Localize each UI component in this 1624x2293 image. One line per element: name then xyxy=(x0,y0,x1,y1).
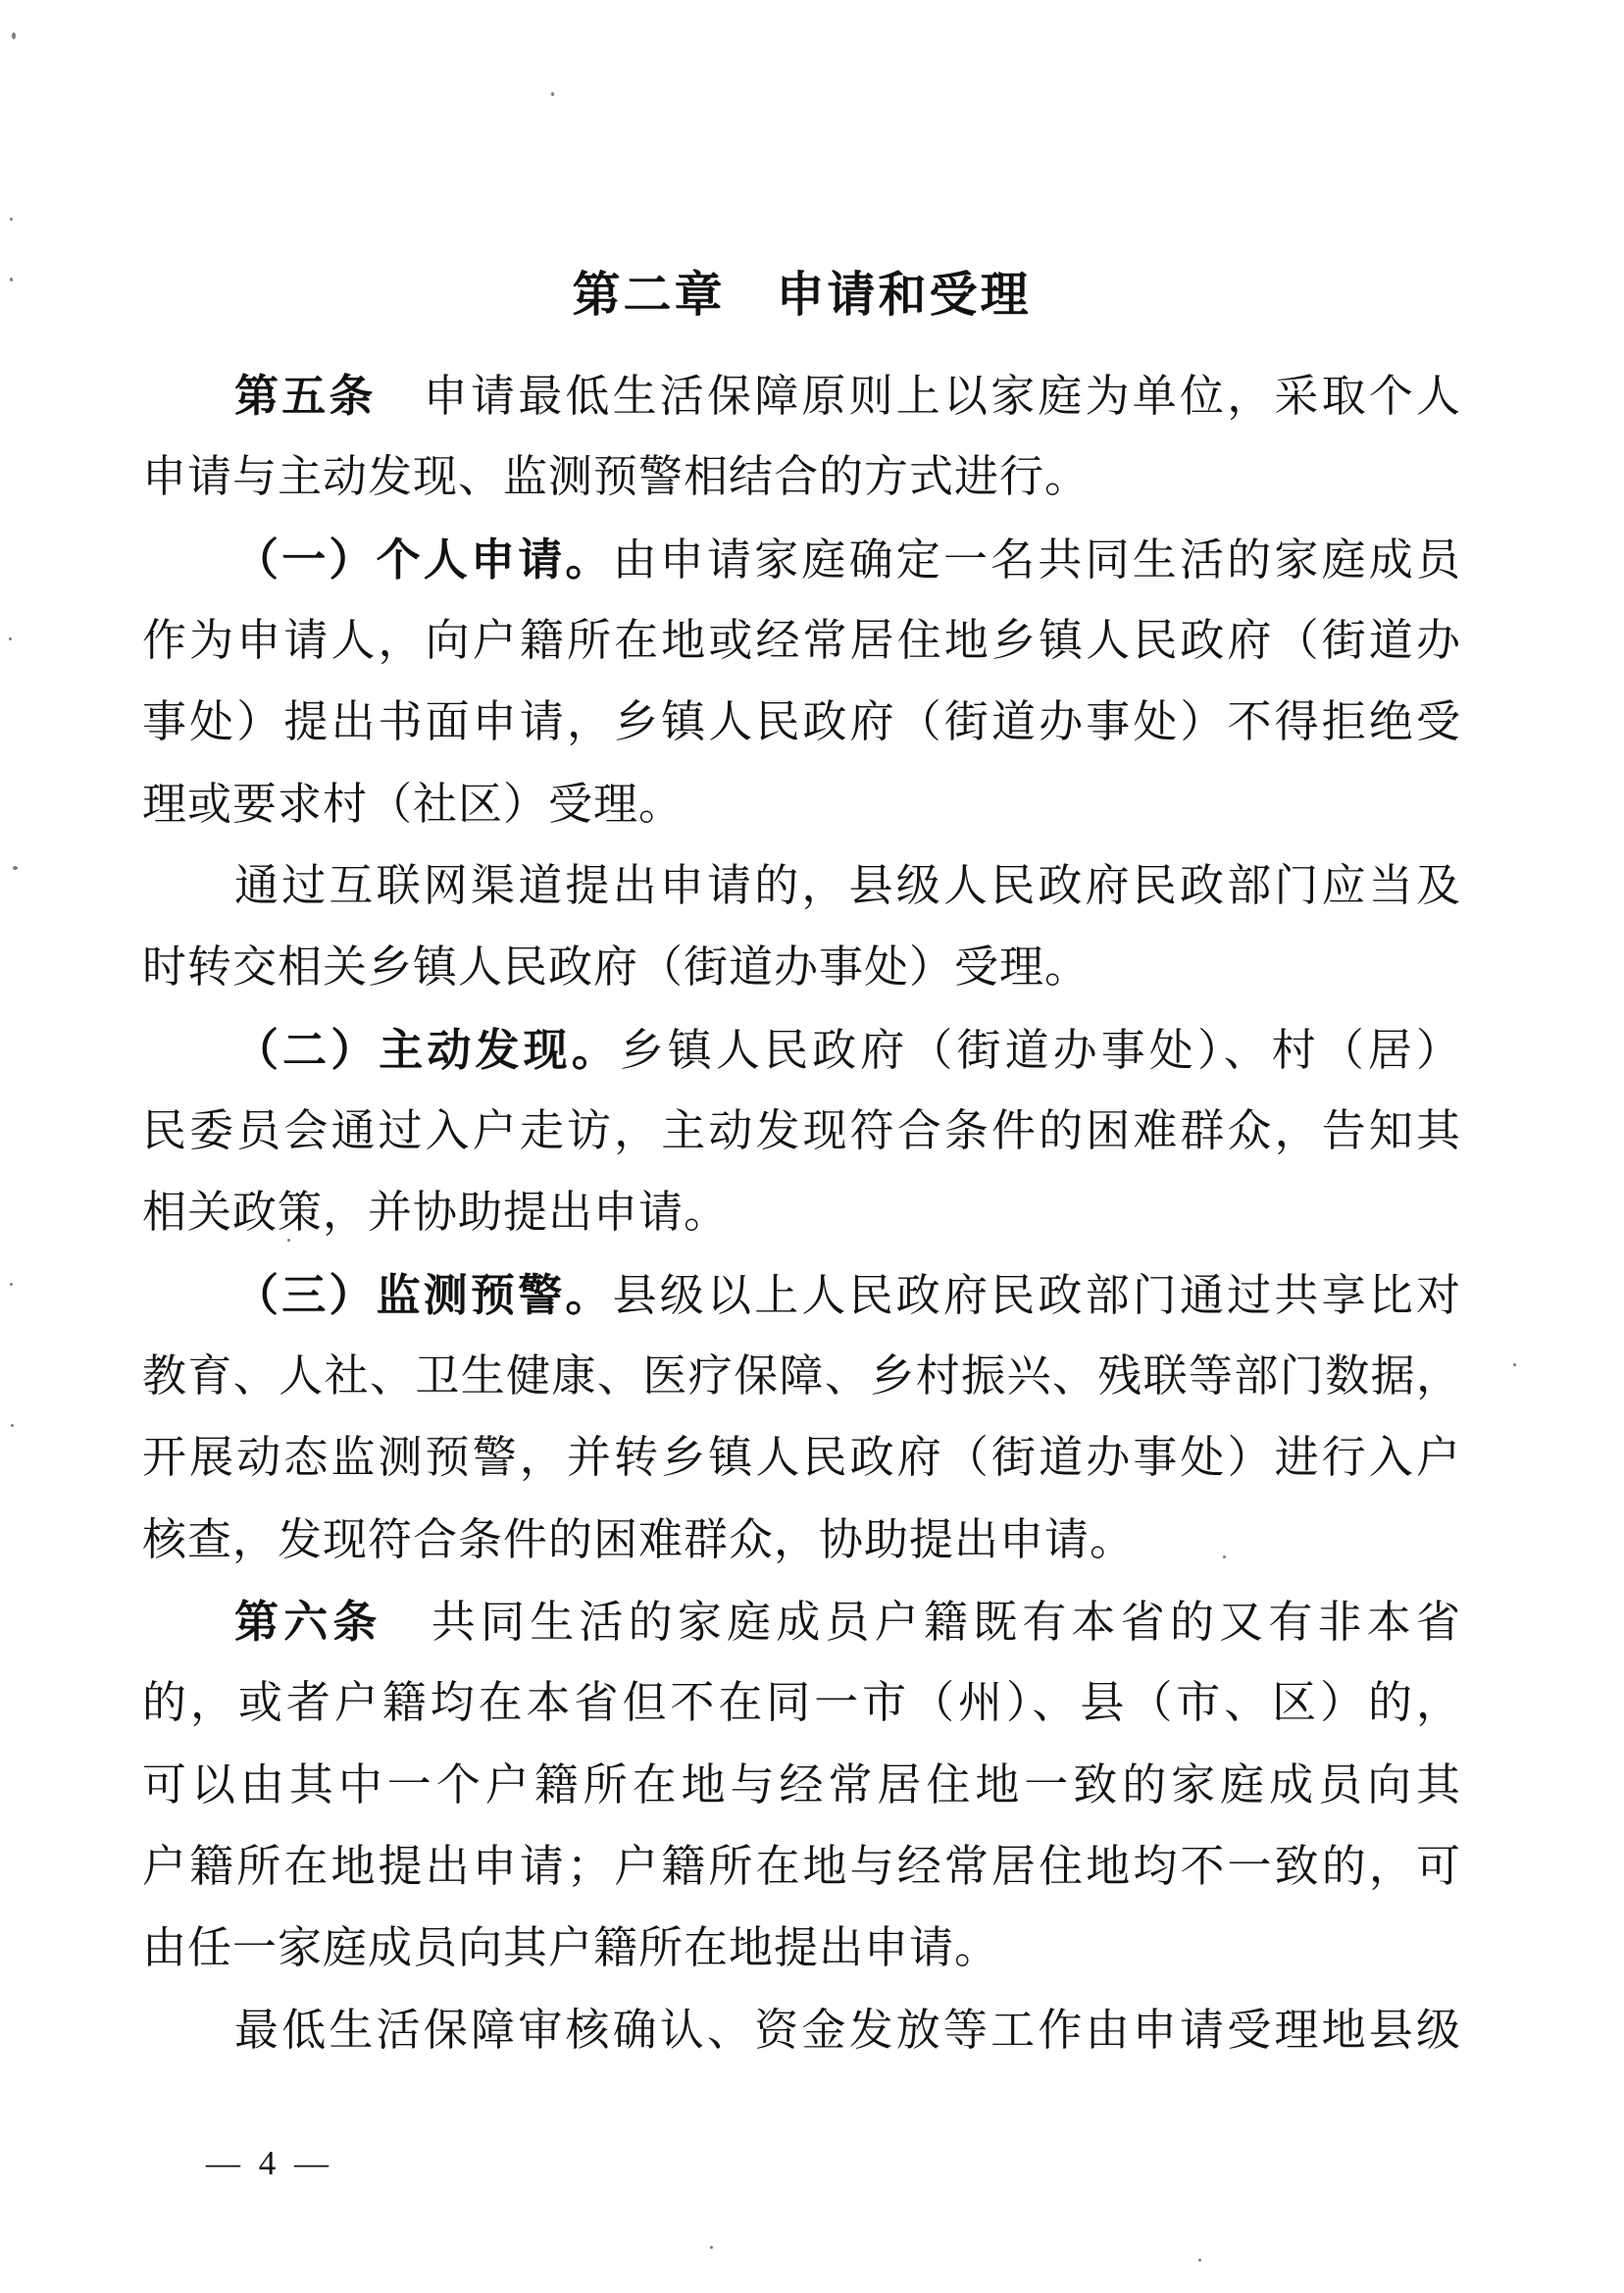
text-line: （三）监测预警。县级以上人民政府民政部门通过共享比对 xyxy=(142,1254,1461,1336)
line-text: 事处）提出书面申请，乡镇人民政府（街道办事处）不得拒绝受 xyxy=(142,697,1461,746)
item-label: （二）主动发现。 xyxy=(234,1025,620,1075)
line-text: 时转交相关乡镇人民政府（街道办事处）受理。 xyxy=(142,943,1090,992)
text-line: 第五条 申请最低生活保障原则上以家庭为单位，采取个人 xyxy=(142,355,1461,436)
item-label: （三）监测预警。 xyxy=(234,1270,613,1320)
line-text: 教育、人社、卫生健康、医疗保障、乡村振兴、残联等部门数据， xyxy=(142,1351,1461,1401)
line-text: 乡镇人民政府（街道办事处）、村（居） xyxy=(620,1026,1461,1075)
article-label: 第六条 xyxy=(234,1597,382,1647)
line-text: 可以由其中一个户籍所在地与经常居住地一致的家庭成员向其 xyxy=(142,1760,1461,1809)
scan-speckle xyxy=(551,92,554,96)
scan-speckle xyxy=(12,32,16,39)
text-line: 时转交相关乡镇人民政府（街道办事处）受理。 xyxy=(142,927,1461,1008)
scan-speckle xyxy=(9,637,12,640)
text-line: 的，或者户籍均在本省但不在同一市（州）、县（市、区）的， xyxy=(142,1662,1461,1744)
text-line: 作为申请人，向户籍所在地或经常居住地乡镇人民政府（街道办 xyxy=(142,600,1461,682)
text-line: 理或要求村（社区）受理。 xyxy=(142,764,1461,845)
line-text: 申请最低生活保障原则上以家庭为单位，采取个人 xyxy=(377,372,1461,421)
scan-speckle xyxy=(710,2246,713,2249)
text-line: 民委员会通过入户走访，主动发现符合条件的困难群众，告知其 xyxy=(142,1091,1461,1172)
text-line: 第六条 共同生活的家庭成员户籍既有本省的又有非本省 xyxy=(142,1581,1461,1662)
scan-speckle xyxy=(10,218,13,221)
text-line: 可以由其中一个户籍所在地与经常居住地一致的家庭成员向其 xyxy=(142,1745,1461,1826)
text-line: 核查，发现符合条件的困难群众，协助提出申请。 xyxy=(142,1500,1461,1581)
scan-speckle xyxy=(287,1239,290,1242)
scan-speckle xyxy=(1223,1555,1226,1558)
line-text: 最低生活保障审核确认、资金发放等工作由申请受理地县级 xyxy=(234,2006,1461,2055)
line-text: 县级以上人民政府民政部门通过共享比对 xyxy=(613,1271,1461,1320)
line-text: 共同生活的家庭成员户籍既有本省的又有非本省 xyxy=(382,1598,1461,1647)
text-line: 户籍所在地提出申请；户籍所在地与经常居住地均不一致的，可 xyxy=(142,1826,1461,1908)
scan-speckle xyxy=(1198,2259,1201,2262)
text-line: 教育、人社、卫生健康、医疗保障、乡村振兴、残联等部门数据， xyxy=(142,1336,1461,1417)
text-line: 通过互联网渠道提出申请的，县级人民政府民政部门应当及 xyxy=(142,845,1461,927)
line-text: 由任一家庭成员向其户籍所在地提出申请。 xyxy=(142,1923,999,1972)
text-line: （一）个人申请。由申请家庭确定一名共同生活的家庭成员 xyxy=(142,519,1461,600)
line-text: 由申请家庭确定一名共同生活的家庭成员 xyxy=(613,535,1461,585)
text-line: 事处）提出书面申请，乡镇人民政府（街道办事处）不得拒绝受 xyxy=(142,682,1461,763)
scan-speckle xyxy=(10,1283,13,1286)
line-text: 作为申请人，向户籍所在地或经常居住地乡镇人民政府（街道办 xyxy=(142,616,1461,665)
scan-speckle xyxy=(13,866,18,870)
text-line: 申请与主动发现、监测预警相结合的方式进行。 xyxy=(142,436,1461,518)
item-label: （一）个人申请。 xyxy=(234,535,613,585)
text-line: （二）主动发现。乡镇人民政府（街道办事处）、村（居） xyxy=(142,1009,1461,1091)
scan-speckle xyxy=(10,278,13,281)
article-label: 第五条 xyxy=(234,371,377,421)
line-text: 申请与主动发现、监测预警相结合的方式进行。 xyxy=(142,452,1090,501)
line-text: 民委员会通过入户走访，主动发现符合条件的困难群众，告知其 xyxy=(142,1106,1461,1155)
line-text: 的，或者户籍均在本省但不在同一市（州）、县（市、区）的， xyxy=(142,1678,1461,1727)
line-text: 核查，发现符合条件的困难群众，协助提出申请。 xyxy=(142,1515,1135,1564)
text-line: 开展动态监测预警，并转乡镇人民政府（街道办事处）进行入户 xyxy=(142,1417,1461,1499)
line-text: 开展动态监测预警，并转乡镇人民政府（街道办事处）进行入户 xyxy=(142,1433,1461,1482)
scan-speckle xyxy=(11,1424,14,1427)
text-line: 最低生活保障审核确认、资金发放等工作由申请受理地县级 xyxy=(142,1990,1461,2071)
page-number: — 4 — xyxy=(206,2144,333,2183)
chapter-title: 第二章 申请和受理 xyxy=(142,257,1461,326)
text-line: 相关政策，并协助提出申请。 xyxy=(142,1172,1461,1253)
line-text: 相关政策，并协助提出申请。 xyxy=(142,1188,729,1237)
line-text: 理或要求村（社区）受理。 xyxy=(142,780,684,829)
line-text: 通过互联网渠道提出申请的，县级人民政府民政部门应当及 xyxy=(234,861,1461,910)
line-text: 户籍所在地提出申请；户籍所在地与经常居住地均不一致的，可 xyxy=(142,1842,1461,1891)
document-page: 第二章 申请和受理 第五条 申请最低生活保障原则上以家庭为单位，采取个人 申请与… xyxy=(0,0,1624,2293)
scan-speckle xyxy=(1513,1363,1516,1366)
text-line: 由任一家庭成员向其户籍所在地提出申请。 xyxy=(142,1908,1461,1989)
